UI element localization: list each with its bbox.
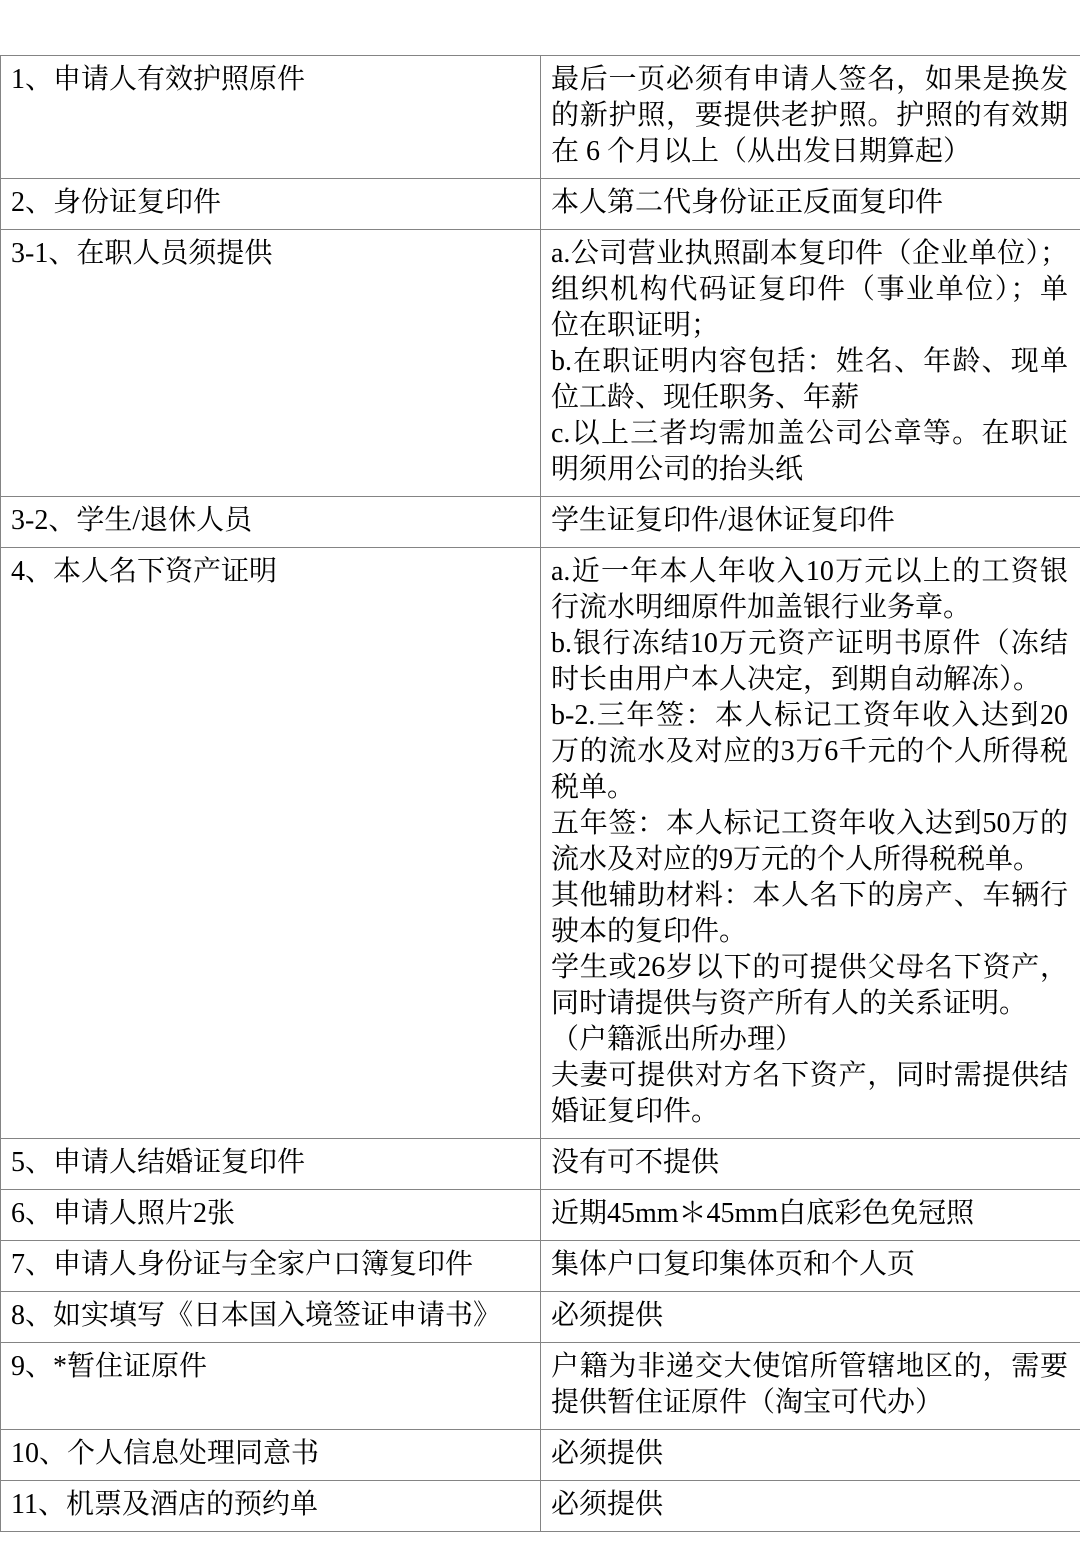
requirement-desc: 必须提供 (541, 1292, 1080, 1343)
requirement-desc: 近期45mm＊45mm白底彩色免冠照 (541, 1190, 1080, 1241)
requirement-item: 8、如实填写《日本国入境签证申请书》 (1, 1292, 541, 1343)
table-row: 4、本人名下资产证明 a.近一年本人年收入10万元以上的工资银行流水明细原件加盖… (1, 548, 1080, 1139)
table-row: 3-2、学生/退休人员 学生证复印件/退休证复印件 (1, 497, 1080, 548)
table-row: 5、申请人结婚证复印件 没有可不提供 (1, 1139, 1080, 1190)
requirement-desc: 必须提供 (541, 1430, 1080, 1481)
requirement-desc: 最后一页必须有申请人签名，如果是换发的新护照，要提供老护照。护照的有效期在 6 … (541, 56, 1080, 179)
requirement-desc: 集体户口复印集体页和个人页 (541, 1241, 1080, 1292)
requirement-desc: 没有可不提供 (541, 1139, 1080, 1190)
requirement-item: 9、*暂住证原件 (1, 1343, 541, 1430)
table-row: 3-1、在职人员须提供 a.公司营业执照副本复印件（企业单位）；组织机构代码证复… (1, 230, 1080, 497)
requirement-item: 10、个人信息处理同意书 (1, 1430, 541, 1481)
requirement-item: 7、申请人身份证与全家户口簿复印件 (1, 1241, 541, 1292)
requirement-item: 2、身份证复印件 (1, 179, 541, 230)
table-row: 9、*暂住证原件 户籍为非递交大使馆所管辖地区的，需要提供暂住证原件（淘宝可代办… (1, 1343, 1080, 1430)
visa-requirements-table: 1、申请人有效护照原件 最后一页必须有申请人签名，如果是换发的新护照，要提供老护… (0, 55, 1080, 1532)
requirement-desc: a.公司营业执照副本复印件（企业单位）；组织机构代码证复印件（事业单位）；单位在… (541, 230, 1080, 497)
requirement-item: 6、申请人照片2张 (1, 1190, 541, 1241)
table-row: 8、如实填写《日本国入境签证申请书》 必须提供 (1, 1292, 1080, 1343)
requirement-desc: 本人第二代身份证正反面复印件 (541, 179, 1080, 230)
requirement-item: 3-2、学生/退休人员 (1, 497, 541, 548)
table-row: 11、机票及酒店的预约单 必须提供 (1, 1481, 1080, 1532)
requirement-item: 1、申请人有效护照原件 (1, 56, 541, 179)
requirement-item: 5、申请人结婚证复印件 (1, 1139, 541, 1190)
table-row: 7、申请人身份证与全家户口簿复印件 集体户口复印集体页和个人页 (1, 1241, 1080, 1292)
requirement-desc: 学生证复印件/退休证复印件 (541, 497, 1080, 548)
requirement-desc: 户籍为非递交大使馆所管辖地区的，需要提供暂住证原件（淘宝可代办） (541, 1343, 1080, 1430)
table-row: 6、申请人照片2张 近期45mm＊45mm白底彩色免冠照 (1, 1190, 1080, 1241)
table-row: 2、身份证复印件 本人第二代身份证正反面复印件 (1, 179, 1080, 230)
requirement-item: 4、本人名下资产证明 (1, 548, 541, 1139)
requirement-desc: a.近一年本人年收入10万元以上的工资银行流水明细原件加盖银行业务章。 b.银行… (541, 548, 1080, 1139)
requirement-desc: 必须提供 (541, 1481, 1080, 1532)
requirement-item: 11、机票及酒店的预约单 (1, 1481, 541, 1532)
table-row: 10、个人信息处理同意书 必须提供 (1, 1430, 1080, 1481)
requirement-item: 3-1、在职人员须提供 (1, 230, 541, 497)
table-row: 1、申请人有效护照原件 最后一页必须有申请人签名，如果是换发的新护照，要提供老护… (1, 56, 1080, 179)
